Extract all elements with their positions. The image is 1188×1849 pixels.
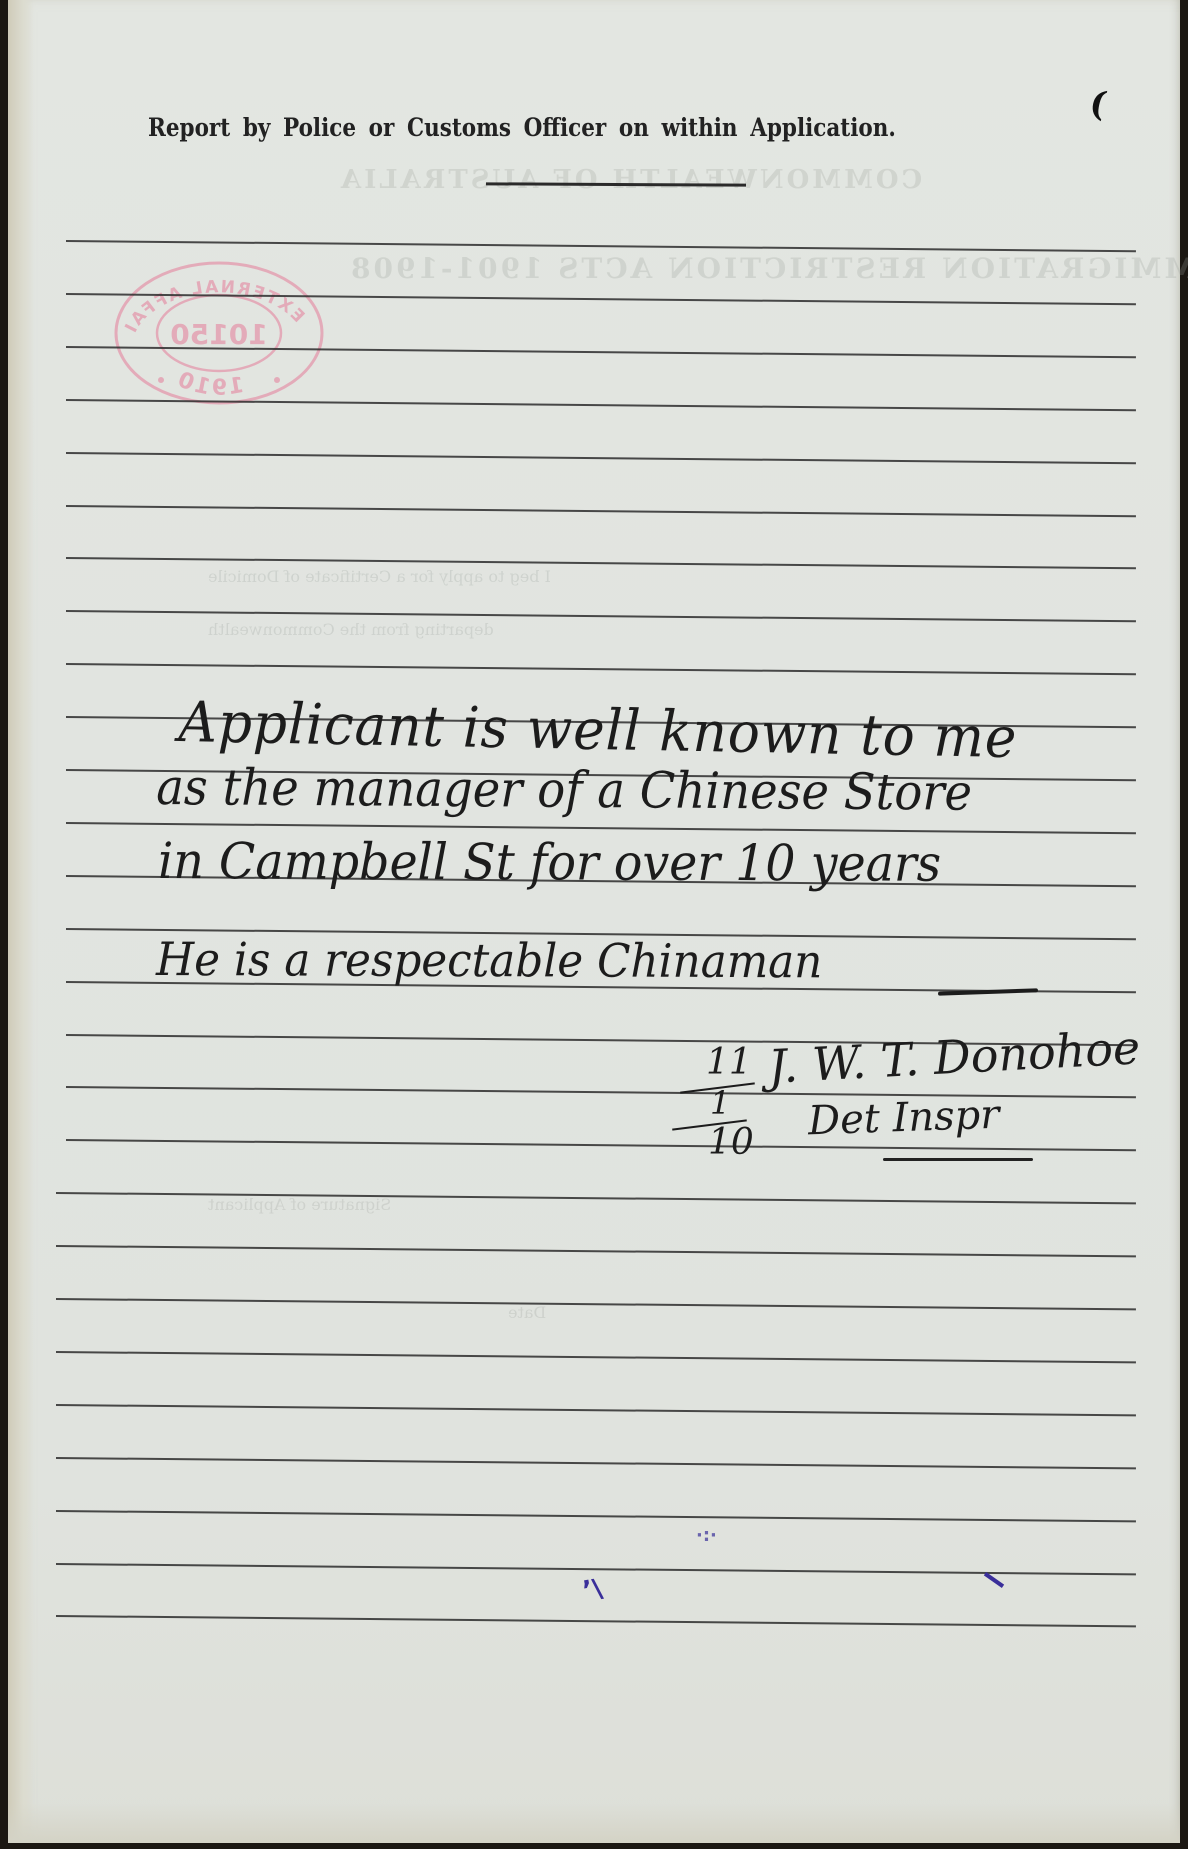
ruled-line [66,610,1136,622]
signature-title: Det Inspr [807,1092,1000,1145]
ruled-line [56,1245,1136,1257]
ruled-line [66,293,1136,305]
ruled-line [66,346,1136,358]
handwritten-line: He is a respectable Chinaman [156,932,822,988]
date-year: 10 [708,1122,754,1163]
handwritten-line: as the manager of a Chinese Store [156,758,972,822]
ruled-line [66,557,1136,569]
date-month: 1 [710,1084,730,1122]
signature-date: 11 1 10 [680,1042,760,1162]
ruled-line [66,452,1136,464]
ruled-line [56,1404,1136,1416]
date-day: 11 [706,1042,752,1083]
ruled-line [66,1139,1136,1151]
annotation-mark: ·:· [696,1525,717,1546]
document-page: COMMONWEALTH OF AUSTRALIA IMMIGRATION RE… [8,0,1180,1843]
ruled-line [56,1457,1136,1469]
ruled-line [66,399,1136,411]
ruled-line [56,1615,1136,1627]
ruled-line [56,1351,1136,1363]
ruled-line [66,505,1136,517]
ruled-lines [8,0,1180,1843]
ruled-line [66,240,1136,252]
ruled-line [56,1510,1136,1522]
handwritten-line: in Campbell St for over 10 years [158,832,941,893]
ruled-line [56,1563,1136,1575]
signature-underline [883,1158,1033,1161]
ruled-line [56,1298,1136,1310]
ruled-line [66,663,1136,675]
ruled-line [56,1192,1136,1204]
